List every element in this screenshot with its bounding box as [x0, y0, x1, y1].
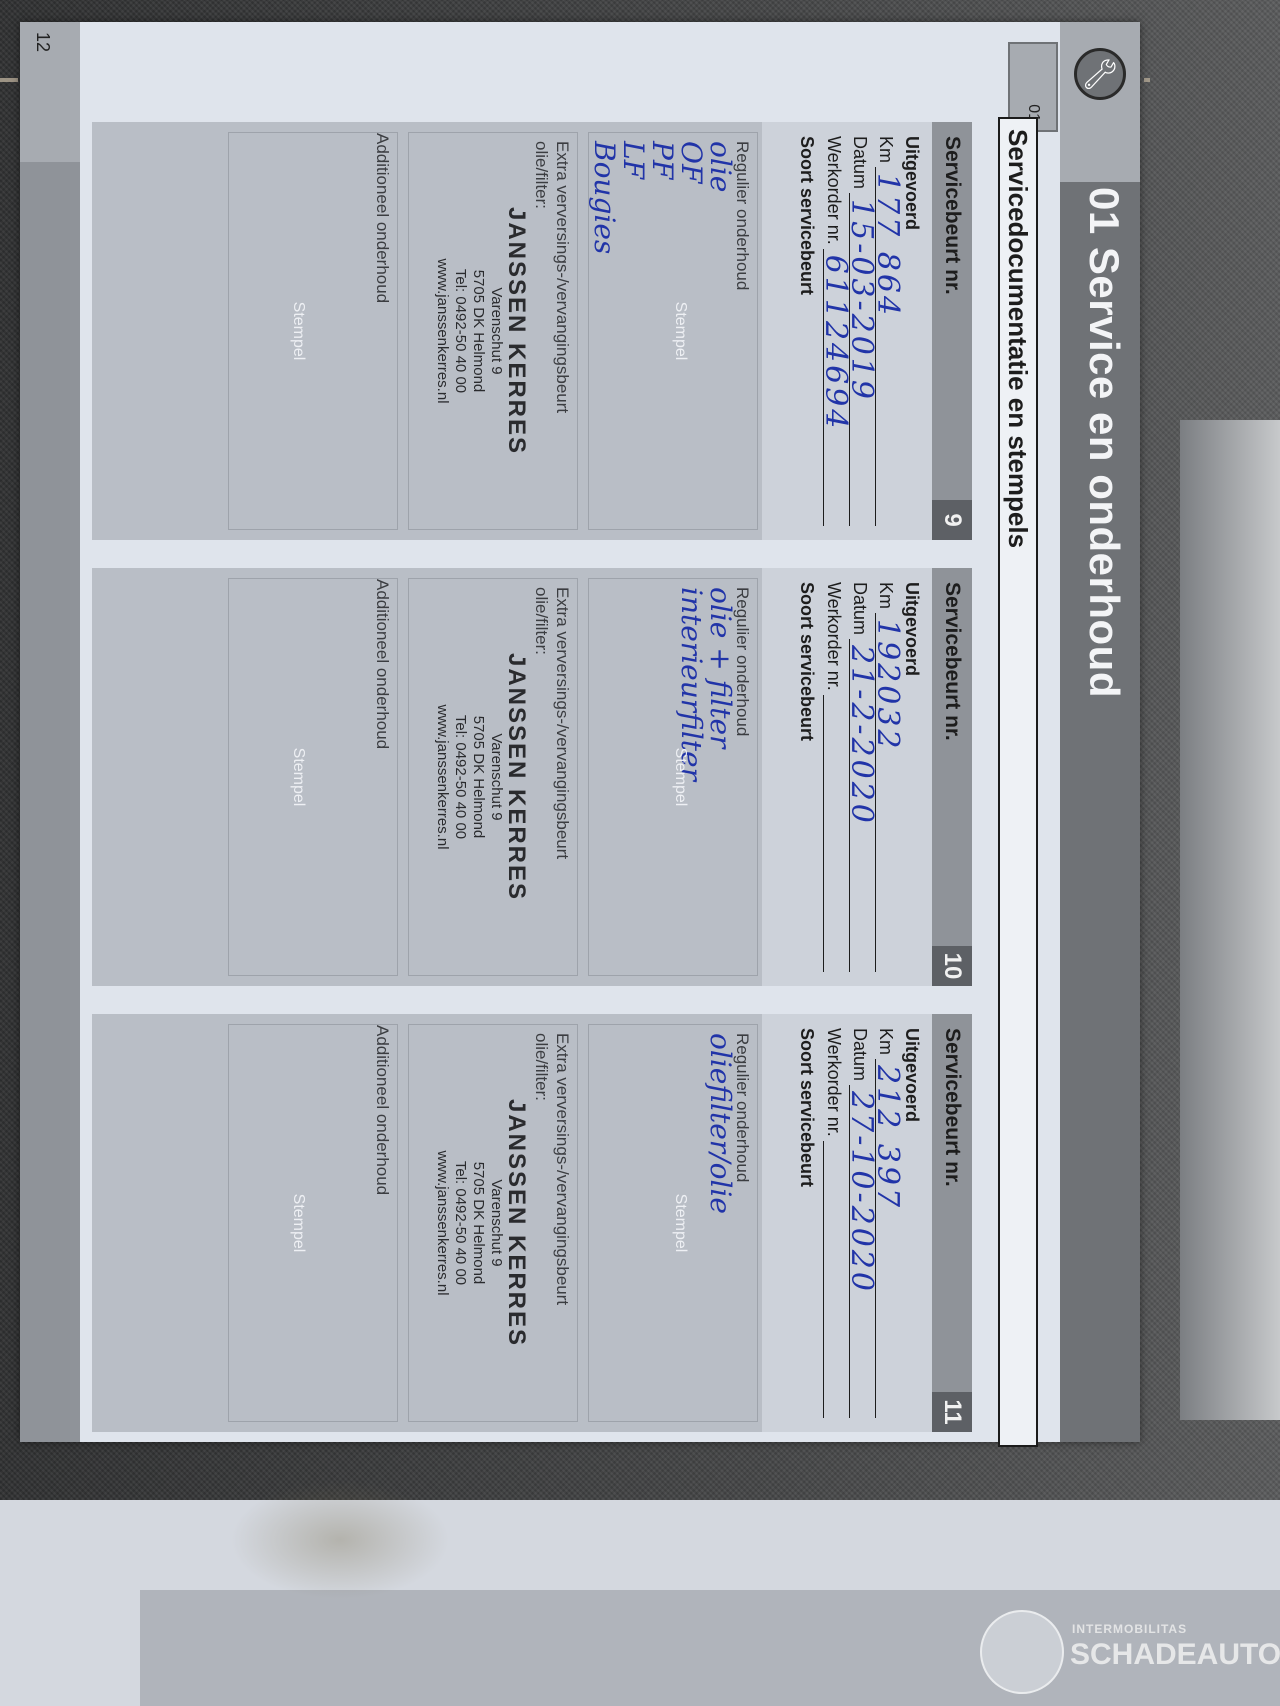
service-fields: Uitgevoerd Km 212 397 Datum 27-10-2020 W… — [762, 1014, 932, 1432]
dealer-phone: Tel: 0492-50 40 00 — [451, 579, 469, 975]
handwritten-note: oliefilter/olie — [706, 1033, 735, 1214]
dealer-street: Varenschut 9 — [487, 579, 505, 975]
werkorder-value[interactable]: 61124694 — [818, 255, 853, 432]
service-header: Servicebeurt nr. 11 — [932, 1014, 972, 1432]
handwritten-note: olie + filter — [706, 587, 735, 781]
soort-label: Soort servicebeurt — [796, 1028, 817, 1418]
service-record: Servicebeurt nr. 11 Uitgevoerd Km 212 39… — [92, 1014, 972, 1432]
dealer-city: 5705 DK Helmond — [469, 133, 487, 529]
dirt-smudge — [230, 1480, 450, 1600]
page-footer-band — [20, 22, 80, 1442]
dealer-city: 5705 DK Helmond — [469, 579, 487, 975]
service-fields: Uitgevoerd Km 177 864 Datum 15-03-2019 W… — [762, 122, 932, 540]
werkorder-label: Werkorder nr. — [823, 582, 844, 691]
additioneel-box: Additioneel onderhoud Stempel — [228, 132, 398, 530]
title-bar: 🔧︎ 01 Service en onderhoud — [1060, 22, 1140, 1442]
soort-label: Soort servicebeurt — [796, 136, 817, 526]
service-label: Servicebeurt nr. — [940, 136, 964, 295]
datum-value[interactable]: 21-2-2020 — [844, 645, 879, 826]
dealer-street: Varenschut 9 — [487, 133, 505, 529]
extra-box: Extra verversings-/vervangingsbeurtolie/… — [408, 132, 578, 530]
dealer-name: JANSSEN KERRES — [507, 1025, 525, 1421]
dealer-stamp: JANSSEN KERRES Varenschut 9 5705 DK Helm… — [433, 133, 525, 529]
soort-label: Soort servicebeurt — [796, 582, 817, 972]
km-label: Km — [875, 136, 896, 163]
dealer-stamp: JANSSEN KERRES Varenschut 9 5705 DK Helm… — [433, 579, 525, 975]
additioneel-box: Additioneel onderhoud Stempel — [228, 578, 398, 976]
extra-box: Extra verversings-/vervangingsbeurtolie/… — [408, 578, 578, 976]
globe-icon — [980, 1610, 1064, 1694]
service-number: 9 — [932, 500, 972, 540]
dealer-website[interactable]: www.janssenkerres.nl — [433, 579, 451, 975]
dealer-phone: Tel: 0492-50 40 00 — [451, 1025, 469, 1421]
dealer-stamp: JANSSEN KERRES Varenschut 9 5705 DK Helm… — [433, 1025, 525, 1421]
service-label: Servicebeurt nr. — [940, 1028, 964, 1187]
stempel-placeholder: Stempel — [289, 133, 307, 529]
service-fields: Uitgevoerd Km 192032 Datum 21-2-2020 Wer… — [762, 568, 932, 986]
additioneel-label: Additioneel onderhoud — [372, 1025, 393, 1195]
datum-label: Datum — [849, 582, 870, 635]
service-number: 10 — [932, 946, 972, 986]
regulier-notes: olieOFPFLFBougies — [590, 141, 735, 254]
service-label: Servicebeurt nr. — [940, 582, 964, 741]
service-header: Servicebeurt nr. 9 — [932, 122, 972, 540]
service-columns: Servicebeurt nr. 9 Uitgevoerd Km 177 864… — [92, 122, 972, 1432]
service-number: 11 — [932, 1392, 972, 1432]
dealer-name: JANSSEN KERRES — [507, 579, 525, 975]
extra-box: Extra verversings-/vervangingsbeurtolie/… — [408, 1024, 578, 1422]
km-label: Km — [875, 582, 896, 609]
booklet-page: 🔧︎ 01 Service en onderhoud 01 Servicedoc… — [20, 22, 1140, 1442]
extra-label-2: olie/filter: — [532, 587, 551, 655]
stempel-placeholder: Stempel — [671, 579, 689, 975]
stempel-placeholder: Stempel — [671, 1025, 689, 1421]
dealer-city: 5705 DK Helmond — [469, 1025, 487, 1421]
service-header: Servicebeurt nr. 10 — [932, 568, 972, 986]
extra-label-2: olie/filter: — [532, 141, 551, 209]
regulier-box: Regulier onderhoud olieOFPFLFBougies Ste… — [588, 132, 758, 530]
datum-label: Datum — [849, 136, 870, 189]
datum-label: Datum — [849, 1028, 870, 1081]
stempel-placeholder: Stempel — [289, 579, 307, 975]
stempel-placeholder: Stempel — [289, 1025, 307, 1421]
extra-label: Extra verversings-/vervangingsbeurt — [553, 141, 572, 413]
werkorder-label: Werkorder nr. — [823, 136, 844, 245]
watermark: INTERMOBILITAS SCHADEAUTOS.NL — [980, 1610, 1270, 1700]
watermark-brand: SCHADEAUTOS.NL — [1070, 1638, 1280, 1672]
additioneel-label: Additioneel onderhoud — [372, 579, 393, 749]
stempel-placeholder: Stempel — [671, 133, 689, 529]
watermark-small-text: INTERMOBILITAS — [1072, 1622, 1187, 1636]
dealer-street: Varenschut 9 — [487, 1025, 505, 1421]
additioneel-label: Additioneel onderhoud — [372, 133, 393, 303]
werkorder-label: Werkorder nr. — [823, 1028, 844, 1137]
regulier-box: Regulier onderhoud oliefilter/olie Stemp… — [588, 1024, 758, 1422]
additioneel-box: Additioneel onderhoud Stempel — [228, 1024, 398, 1422]
dealer-website[interactable]: www.janssenkerres.nl — [433, 133, 451, 529]
extra-label: Extra verversings-/vervangingsbeurt — [553, 1033, 572, 1305]
dealer-website[interactable]: www.janssenkerres.nl — [433, 1025, 451, 1421]
dealer-phone: Tel: 0492-50 40 00 — [451, 133, 469, 529]
extra-label-2: olie/filter: — [532, 1033, 551, 1101]
service-record: Servicebeurt nr. 9 Uitgevoerd Km 177 864… — [92, 122, 972, 540]
background-light-area — [1180, 420, 1280, 1420]
page-title: 01 Service en onderhoud — [1080, 187, 1128, 698]
handwritten-note: LF — [619, 141, 648, 254]
section-subtitle: Servicedocumentatie en stempels — [998, 117, 1038, 1447]
wrench-icon: 🔧︎ — [1074, 48, 1126, 100]
regulier-box: Regulier onderhoud olie + filterinterieu… — [588, 578, 758, 976]
page-number: 12 — [32, 32, 53, 52]
handwritten-note: olie — [706, 141, 735, 254]
service-record: Servicebeurt nr. 10 Uitgevoerd Km 192032… — [92, 568, 972, 986]
datum-value[interactable]: 27-10-2020 — [844, 1091, 879, 1294]
km-label: Km — [875, 1028, 896, 1055]
dealer-name: JANSSEN KERRES — [507, 133, 525, 529]
regulier-notes: oliefilter/olie — [706, 1033, 735, 1214]
extra-label: Extra verversings-/vervangingsbeurt — [553, 587, 572, 859]
handwritten-note: Bougies — [590, 141, 619, 254]
